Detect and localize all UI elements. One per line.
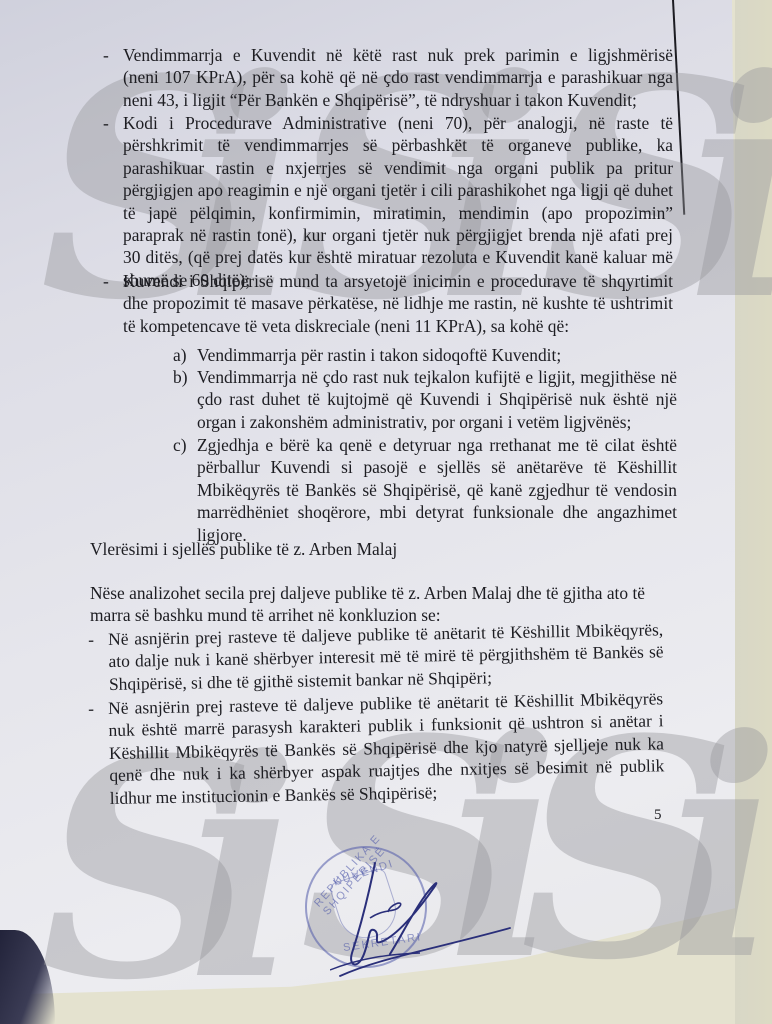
text-line: përballur Kuvendi si pasojë e sjellës së… xyxy=(197,456,677,478)
text-line: Kuvendi i Shqipërisë mund ta arsyetojë i… xyxy=(123,270,673,292)
bullet-dash: - xyxy=(103,270,109,292)
text-line: Vendimmarrja e Kuvendit në këtë rast nuk… xyxy=(123,44,673,66)
bullet-item: - Kuvendi i Shqipërisë mund ta arsyetojë… xyxy=(123,270,673,337)
sub-item-label: c) xyxy=(173,434,187,456)
text-line: Zgjedhja e bërë ka qenë e detyruar nga r… xyxy=(197,434,677,456)
text-line: Vendimmarrja në çdo rast nuk tejkalon ku… xyxy=(197,366,677,388)
bullet-dash: - xyxy=(88,697,94,720)
sub-item-a: a) Vendimmarrja për rastin i takon sidoq… xyxy=(197,344,677,366)
bullet-item: - Kodi i Procedurave Administrative (nen… xyxy=(123,112,673,291)
text-line: marrëdhëniet shoqërore, mbi detyrat funk… xyxy=(197,501,677,523)
sub-item-label: b) xyxy=(173,366,188,388)
text-line: organ i zakonshëm administrativ, por org… xyxy=(197,411,677,433)
sub-item-b: b) Vendimmarrja në çdo rast nuk tejkalon… xyxy=(197,366,677,433)
text-line: Nëse analizohet secila prej daljeve publ… xyxy=(90,582,645,604)
sub-item-c: c) Zgjedhja e bërë ka qenë e detyruar ng… xyxy=(197,434,677,546)
bullet-item: - Vendimmarrja e Kuvendit në këtë rast n… xyxy=(123,44,673,111)
text-line: (neni 107 KPrA), për sa kohë që në çdo r… xyxy=(123,66,673,88)
text-line: neni 43, i ligjit “Për Bankën e Shqipëri… xyxy=(123,89,673,111)
text-line: Vendimmarrja për rastin i takon sidoqoft… xyxy=(197,344,677,366)
text-line: dhe propozimit të masave përkatëse, në l… xyxy=(123,292,673,314)
text-line: përgjigjen apo reagimin e një organi tje… xyxy=(123,179,673,201)
text-line: të kompetencave të veta diskreciale (nen… xyxy=(123,315,673,337)
sub-item-label: a) xyxy=(173,344,187,366)
text-line: Kodi i Procedurave Administrative (neni … xyxy=(123,112,673,134)
text-line: çdo rast duhet të kujtojmë që Kuvendi i … xyxy=(197,388,677,410)
text-line: 30 ditës, (që prej datës kur është mirat… xyxy=(123,246,673,268)
text-line: paraprak në rastin tonë), kur organi tje… xyxy=(123,224,673,246)
section-heading: Vlerësimi i sjellës publike të z. Arben … xyxy=(90,538,397,560)
page-number: 5 xyxy=(654,804,662,826)
text-line: Mbikëqyrës të Bankës së Shqipërisë, që k… xyxy=(197,479,677,501)
bullet-dash: - xyxy=(103,112,109,134)
text-line: parashikuar rastin e nxjerrjes së vendim… xyxy=(123,157,673,179)
text-line: të japë pëlqimin, konfirmimin, miratimin… xyxy=(123,202,673,224)
bullet-item: - Në asnjërin prej rasteve të daljeve pu… xyxy=(108,687,665,809)
bullet-dash: - xyxy=(88,628,94,651)
bullet-dash: - xyxy=(103,44,109,66)
signature xyxy=(330,858,530,978)
bullet-item: - Në asnjërin prej rasteve të daljeve pu… xyxy=(108,618,664,695)
text-line: përshkrimit të vendimmarrjes së përbashk… xyxy=(123,134,673,156)
